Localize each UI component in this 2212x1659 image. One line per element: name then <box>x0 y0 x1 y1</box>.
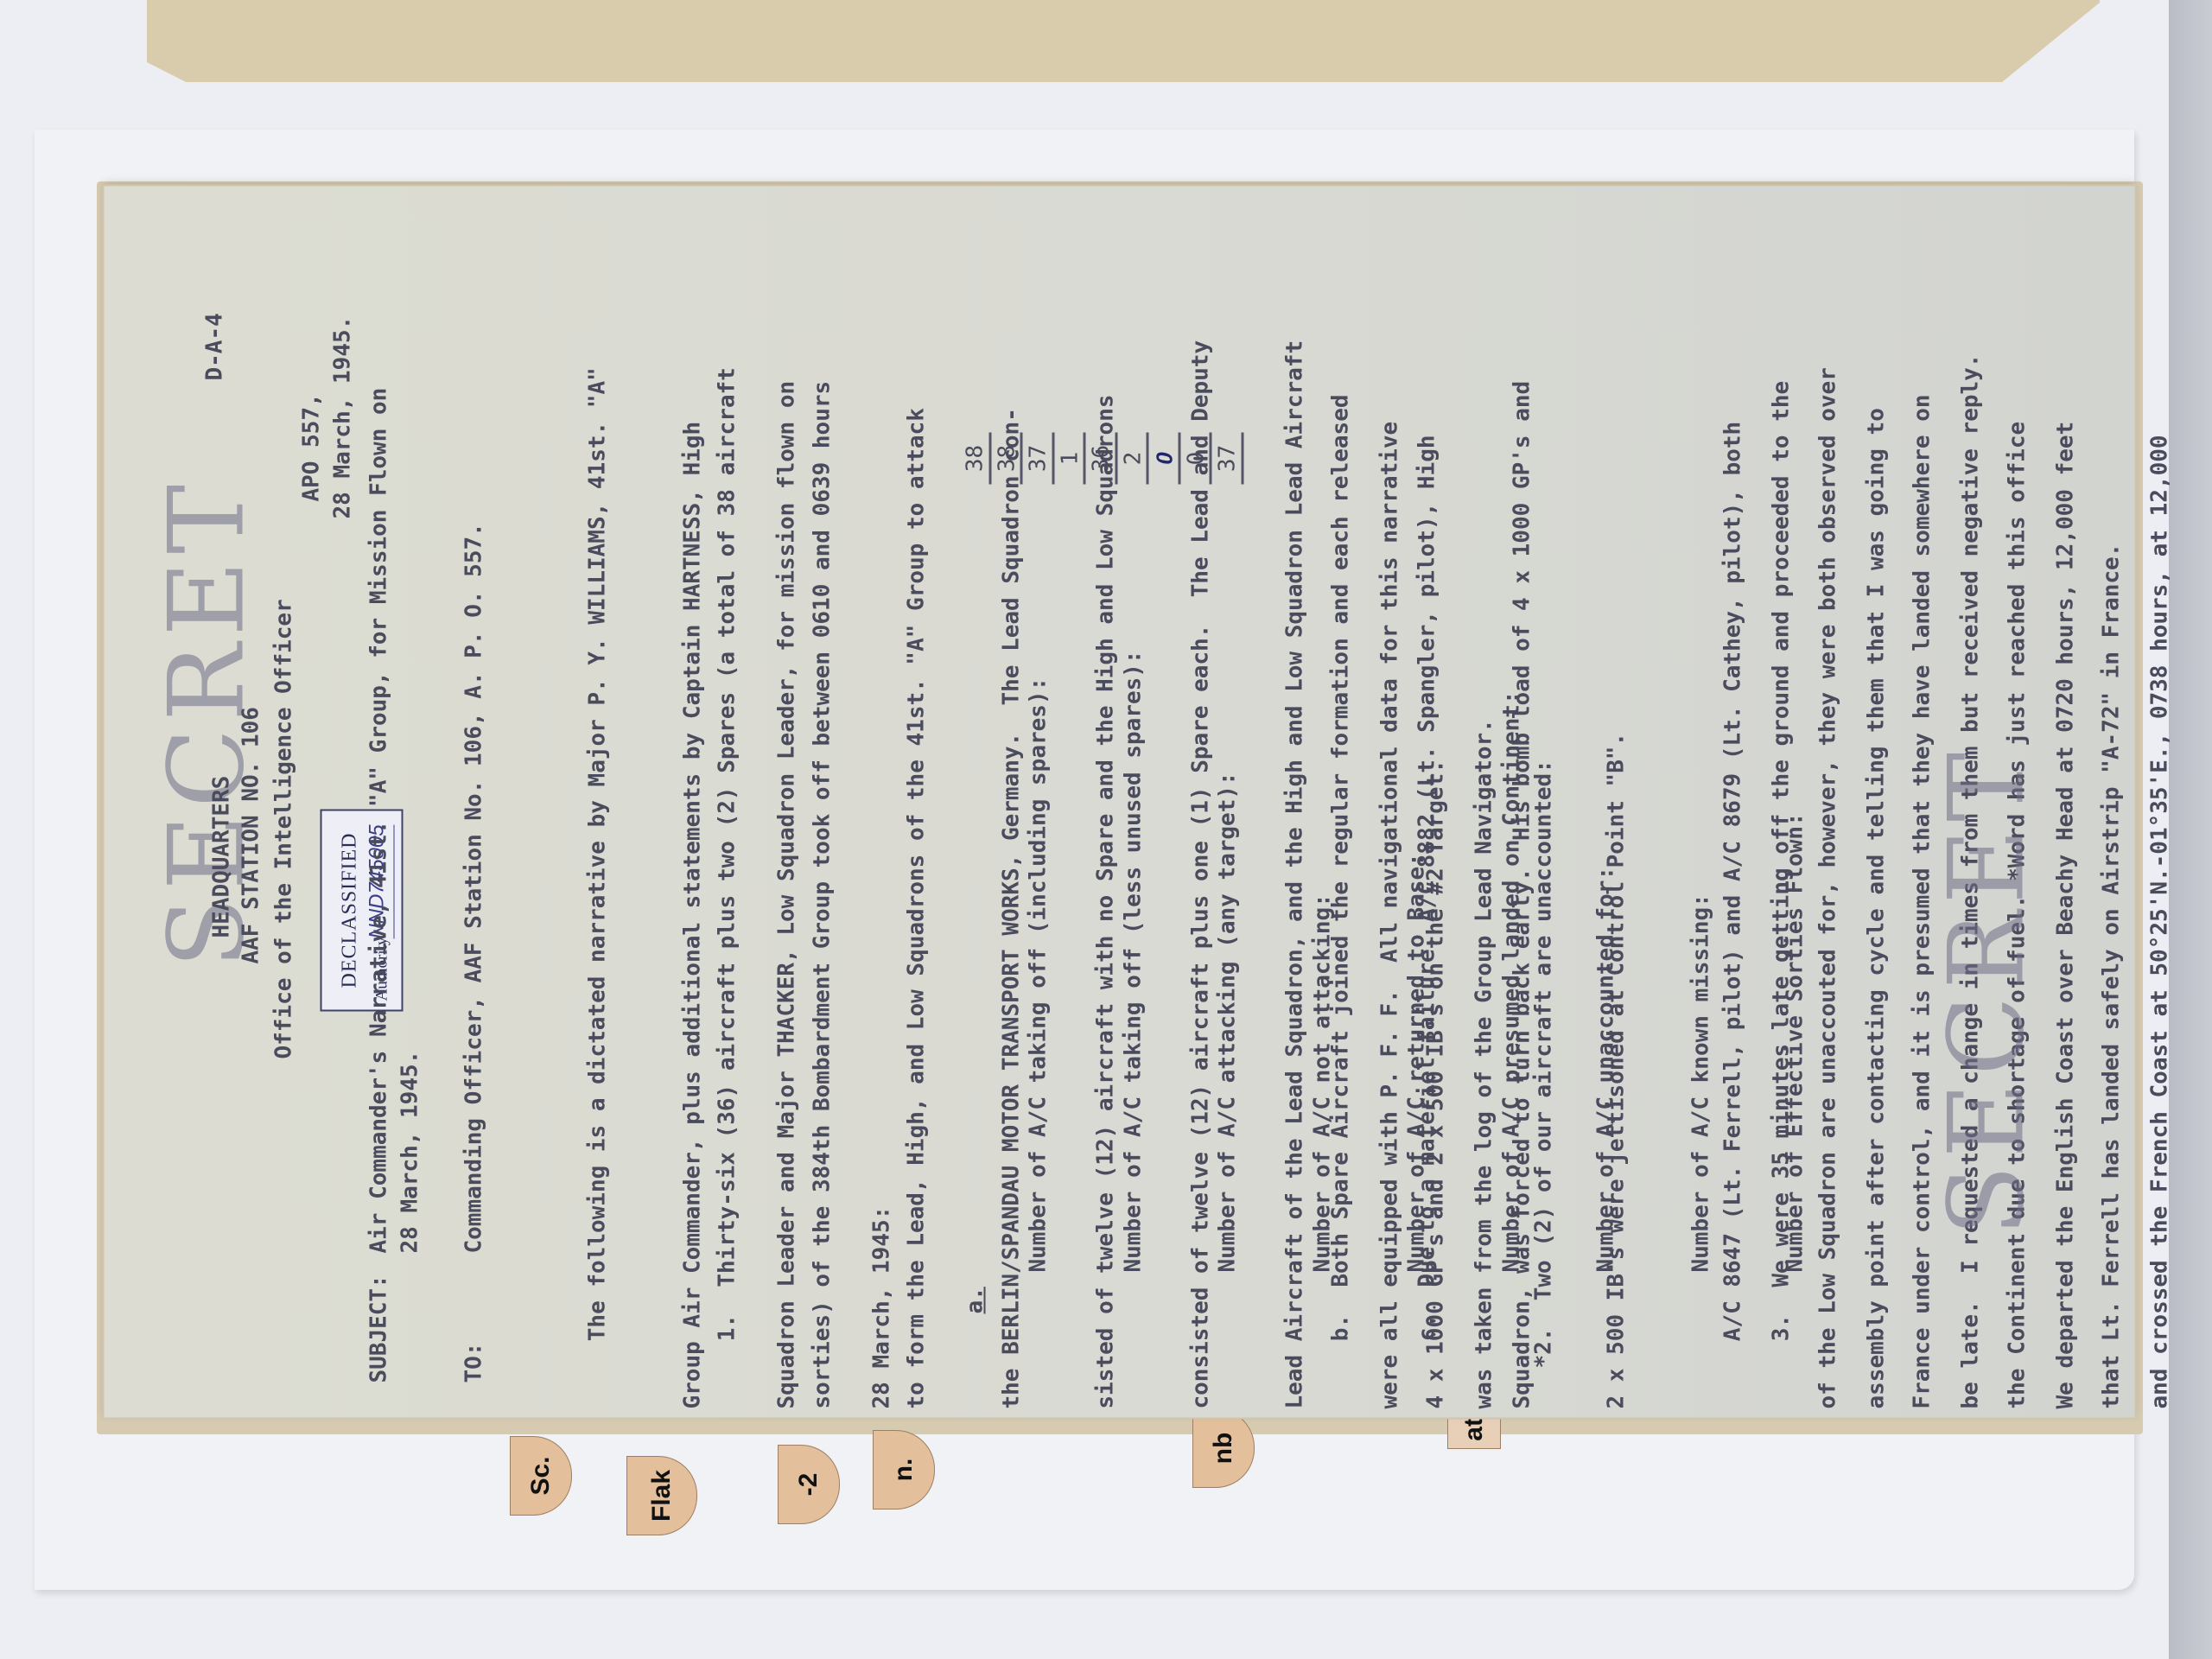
apo-line: APO 557, <box>296 393 328 501</box>
previous-sheet <box>147 0 2100 82</box>
to-value: Commanding Officer, AAF Station No. 106,… <box>459 523 491 1253</box>
stats-values: 38 38 37 1 36 2 0 0 37 <box>960 433 1244 485</box>
text-line <box>1623 367 1655 1408</box>
stat-label: Number of A/C attacking (any target): <box>1212 650 1244 1272</box>
stat-value: 36 <box>1086 433 1118 485</box>
stat-value-handwritten: 0 <box>1149 433 1181 485</box>
text-line: assembly point after contacting cycle an… <box>1860 354 1892 1409</box>
subject-label: SUBJECT: <box>364 1274 396 1382</box>
text-line: sorties) of the 384th Bombardment Group … <box>806 340 838 1409</box>
stat-value: 38 <box>991 433 1023 485</box>
text-line: c. Due to a materiel failure, A/C 8882 (… <box>1412 381 1444 1409</box>
document-page: SECRET D-A-4 HEADQUARTERS AAF STATION NO… <box>105 187 2135 1418</box>
stat-label: Number of A/C taking off (less unused sp… <box>1117 650 1149 1272</box>
text-line: The following is a dictated narrative by… <box>582 367 614 1408</box>
document-date: 28 March, 1945. <box>327 316 359 519</box>
header-headquarters: HEADQUARTERS <box>207 776 238 938</box>
document-code: D-A-4 <box>200 313 232 380</box>
stat-value: 37 <box>1212 433 1244 485</box>
text-line: to form the Lead, High, and Low Squadron… <box>901 340 933 1409</box>
stat-value: 38 <box>960 433 992 485</box>
header-office: Office of the Intelligence Officer <box>269 599 301 1058</box>
stat-value: 0 <box>1180 433 1212 485</box>
to-label: TO: <box>459 1343 491 1383</box>
text-line: 1. Thirty-six (36) aircraft plus two (2)… <box>712 340 744 1409</box>
text-line: *2. Two (2) of our aircraft are unaccoun… <box>1529 367 1560 1408</box>
stat-value: 2 <box>1117 433 1149 485</box>
subject-line-2: 28 March, 1945. <box>395 1051 427 1254</box>
stat-value: 1 <box>1054 433 1086 485</box>
stat-label: Number of A/C taking off (including spar… <box>1023 650 1055 1272</box>
secret-stamp-bottom: SECRET <box>1936 746 2040 1236</box>
header-station: AAF STATION NO. 106 <box>236 707 268 963</box>
text-line: We departed the English Coast over Beach… <box>2050 354 2082 1409</box>
stats-marker: a. <box>960 1287 992 1313</box>
subject-line-1: Air Commander's Narrative, 41st. "A" Gro… <box>364 388 396 1254</box>
stat-value: 37 <box>1023 433 1055 485</box>
text-line: and crossed the French Coast at 50°25'N.… <box>2145 354 2177 1409</box>
text-line: 3. We were 35 minutes late getting off t… <box>1766 354 1798 1409</box>
